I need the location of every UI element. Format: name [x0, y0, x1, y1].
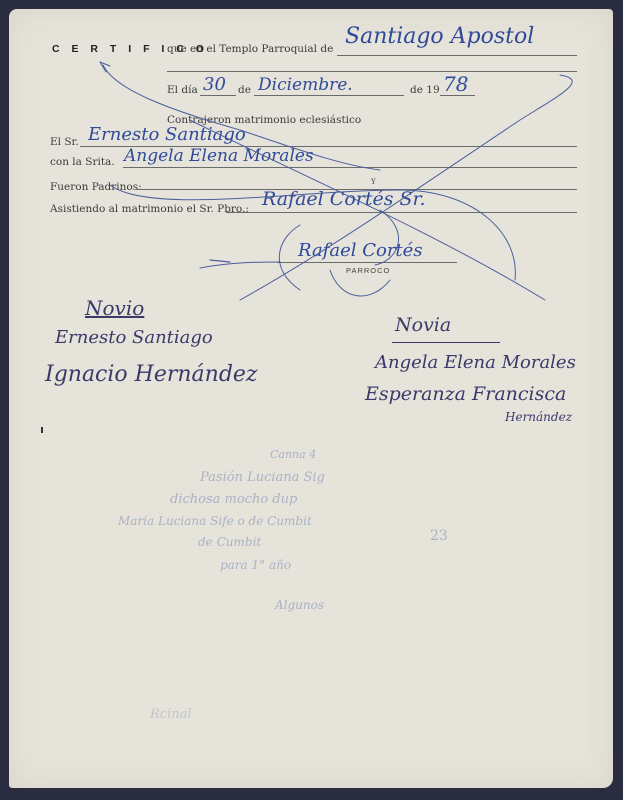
year-label: de 19	[410, 84, 440, 96]
bride-label: con la Srita.	[50, 156, 115, 168]
groom-label: El Sr.	[50, 136, 79, 148]
signature-line	[277, 262, 457, 263]
groom-annotation-1: Ernesto Santiago	[55, 327, 213, 348]
bleedthrough-line-3: dichosa mocho dup	[170, 492, 297, 507]
day-value: 30	[203, 74, 226, 95]
bleedthrough-line-8: Algunos	[275, 598, 324, 612]
parroco-signature: Rafael Cortés	[298, 240, 423, 261]
bride-annotation-2: Esperanza Francisca	[365, 383, 566, 405]
bride-line	[123, 167, 577, 168]
bride-heading-underline	[392, 342, 500, 343]
priest-label: Asistiendo al matrimonio el Sr. Pbro.:	[50, 203, 249, 215]
groom-heading: Novio	[85, 296, 144, 320]
bleedthrough-line-5: 23	[430, 528, 448, 544]
temple-value: Santiago Apostol	[345, 24, 534, 49]
bleedthrough-line-4: Maria Luciana Sife o de Cumbit	[118, 514, 312, 528]
month-line	[254, 95, 404, 96]
bleedthrough-line-6: de Cumbit	[198, 535, 261, 549]
temple-label: que en el Templo Parroquial de	[167, 43, 333, 55]
bride-annotation-3: Hernández	[505, 410, 572, 424]
bride-heading: Novia	[395, 314, 451, 336]
groom-value: Ernesto Santiago	[88, 124, 246, 145]
year-value: 78	[443, 72, 468, 96]
priest-value: Rafael Cortés Sr.	[262, 188, 426, 210]
month-label: de	[238, 84, 251, 96]
groom-annotation-2: Ignacio Hernández	[45, 362, 258, 387]
bleedthrough-line-1: Canna 4	[270, 448, 316, 461]
bride-value: Angela Elena Morales	[124, 146, 314, 166]
bleedthrough-line-2: Pasión Luciana Sig	[200, 470, 325, 485]
bleedthrough-line-7: para 1° año	[220, 558, 291, 572]
godparents-label: Fueron Padrinos:	[50, 181, 142, 193]
bride-annotation-1: Angela Elena Morales	[375, 352, 576, 373]
month-value: Diciembre.	[258, 75, 353, 95]
y-mark: Y	[371, 178, 376, 186]
temple-line	[337, 55, 577, 56]
day-line	[200, 95, 236, 96]
temple-line-2	[167, 71, 577, 72]
priest-line	[226, 212, 577, 213]
bleedthrough-signature: Rcinal	[150, 707, 192, 722]
day-label: El día	[167, 84, 198, 96]
parroco-title: PARROCO	[346, 266, 390, 275]
paper-mark	[41, 427, 43, 433]
